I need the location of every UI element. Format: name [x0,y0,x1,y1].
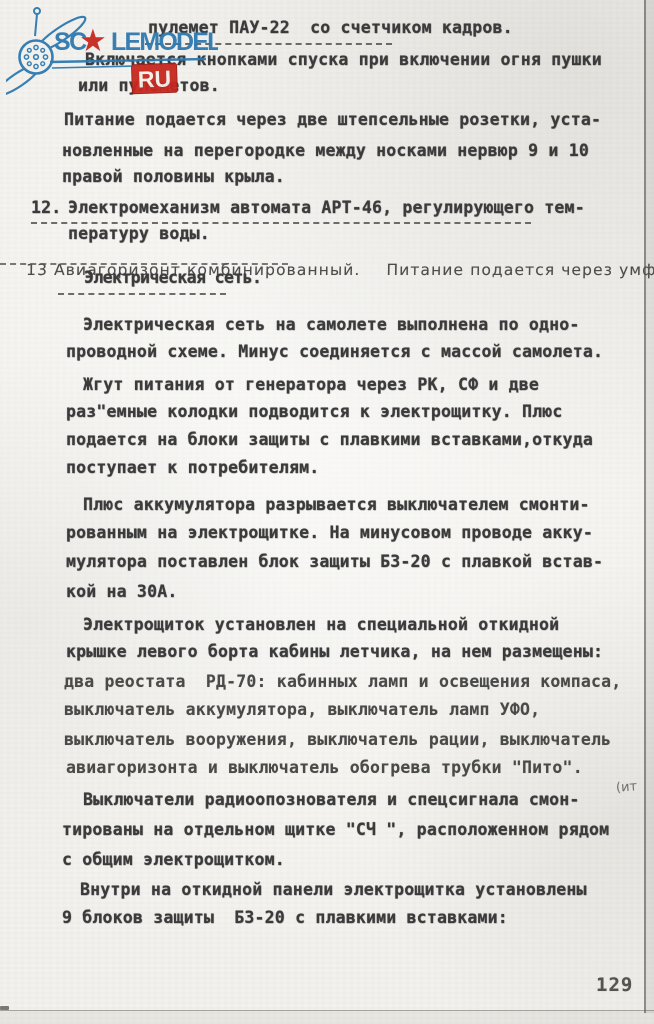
typed-line-pB-1: Жгут питания от генератора через РК, СФ … [83,375,539,395]
list-number-12: 12. [31,198,61,218]
typed-line-power-2: новленные на перегородке между носками н… [62,141,589,161]
typed-line-pC-2: рованным на электрощитке. На минусовом п… [66,523,593,543]
watermark-logo: SC ★ LEMODELS RU [6,2,218,112]
ru-badge: RU [131,63,177,94]
handwritten-underline [0,263,288,265]
brand-suffix-text: LEMODELS [111,28,218,56]
section-heading: Электрическая сеть. [84,268,261,288]
typed-line-pC-4: кой на 30А. [66,582,177,602]
typed-line-pF-1: Внутри на откидной панели электрощитка у… [80,880,587,900]
typed-line-pE-2: тированы на отдельном щитке "СЧ ", распо… [62,820,609,840]
typed-line-pB-4: поступает к потребителям. [66,458,319,478]
typed-line-item12-2: пературу воды. [68,224,210,244]
typed-line-item12-1: Электромеханизм автомата АРТ-46, регулир… [68,198,585,218]
scan-corner-mark [0,1006,9,1010]
typed-line-pB-3: подается на блоки защиты с плавкими вста… [66,430,593,450]
ru-badge-text: RU [137,65,171,92]
typed-line-pE-1: Выключатели радиоопознователя и спецсигн… [83,790,580,810]
typed-line-pD-6: авиагоризонта и выключатель обогрева тру… [66,758,583,778]
page-border-right [644,0,654,1013]
typed-line-pC-1: Плюс аккумулятора разрывается выключател… [83,495,590,515]
page-border-bottom [0,1010,654,1024]
typed-line-pC-3: мулятора поставлен блок защиты БЗ-20 с п… [66,552,603,572]
typed-line-pA-1: Электрическая сеть на самолете выполнена… [83,315,580,335]
brand-wordmark: SC ★ LEMODELS [54,23,218,59]
typed-line-pB-2: раз"емные колодки подводится к электрощи… [66,402,563,422]
typed-line-pF-2: 9 блоков защиты БЗ-20 с плавкими вставка… [62,908,508,928]
typed-line-power-3: правой половины крыла. [62,167,285,187]
typed-line-pD-4: выключатель аккумулятора, выключатель ла… [64,700,540,720]
typed-line-power-1: Питание подается через две штепсельные р… [64,110,601,130]
typed-line-pE-3: с общим электрощитком. [62,850,285,870]
handwritten-rest-text: Питание подается через умформер: [386,261,654,279]
scanned-document-page: пулемет ПАУ-22 со счетчиком кадров. Вклю… [0,0,654,1024]
typed-line-pD-2: крышке левого борта кабины летчика, на н… [66,642,603,662]
typed-line-pD-5: выключатель вооружения, выключатель раци… [64,730,611,750]
typed-line-pD-3: два реостата РД-70: кабинных ламп и осве… [64,672,621,692]
dashed-underline-heading [58,293,226,295]
typed-line-pA-2: проводной схеме. Минус соединяется с мас… [66,342,603,362]
margin-note: (ит [616,779,638,795]
star-icon: ★ [79,23,107,59]
typed-line-pD-1: Электрощиток установлен на специальной о… [83,615,559,635]
page-number: 129 [596,974,633,996]
